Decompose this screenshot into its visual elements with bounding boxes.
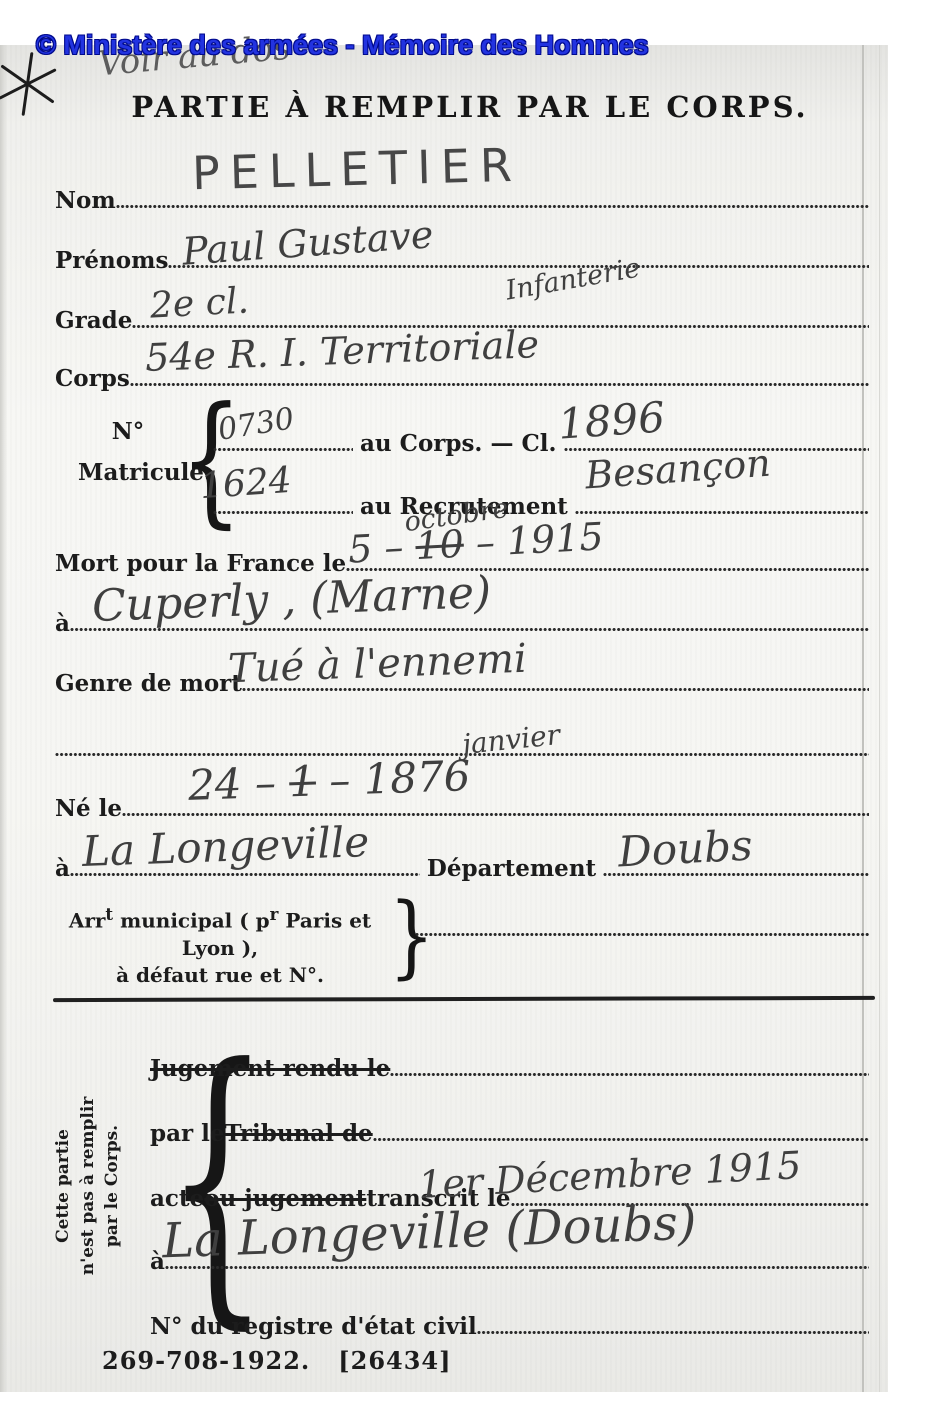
- dotted-line: [415, 932, 869, 937]
- birth-year: – 1876: [328, 751, 471, 805]
- side-note-line1: Cette partie: [51, 1052, 76, 1320]
- footer-bracket-number: [26434]: [338, 1346, 451, 1375]
- dotted-line: [213, 447, 353, 452]
- dotted-line: [477, 1330, 869, 1335]
- field-row-registre: N° du registre d'état civil: [150, 1304, 869, 1338]
- dotted-line: [116, 204, 869, 209]
- matricule-label: N° Matricule.: [78, 418, 178, 486]
- dotted-line: [165, 1265, 869, 1270]
- grade-label: Grade: [55, 309, 132, 332]
- side-note-line2: n'est pas à remplir: [76, 1052, 101, 1320]
- field-row-arrt: [415, 906, 869, 940]
- dotted-line: [122, 812, 869, 817]
- arrt-label: Arrt municipal ( pr Paris et Lyon ), à d…: [55, 903, 385, 989]
- corps-label: Corps: [55, 367, 130, 390]
- handwritten-star-icon: [4, 52, 50, 116]
- birth-day: 24 –: [187, 758, 276, 810]
- arrt-label-line2: à défaut rue et N°.: [55, 962, 385, 989]
- copyright-watermark: © Ministère des armées - Mémoire des Hom…: [36, 30, 649, 61]
- field-row-matricule-corps: au Corps. — Cl.: [213, 421, 869, 455]
- field-row-tribunal: par le Tribunal de: [150, 1111, 869, 1145]
- birth-place-value: La Longeville: [81, 821, 369, 873]
- ne-a-label: à: [55, 857, 70, 880]
- mort-le-label: Mort pour la France le: [55, 552, 346, 575]
- transcrit-p1: acte: [150, 1187, 204, 1210]
- birth-date-value: 24 – 1 – 1876: [187, 755, 471, 807]
- arrt-label-line1: Arrt municipal ( pr Paris et Lyon ),: [55, 903, 385, 962]
- dotted-line: [390, 1072, 869, 1077]
- departement-value: Doubs: [617, 825, 753, 874]
- side-note-line3: par le Corps.: [100, 1052, 125, 1320]
- genre-label: Genre de mort: [55, 672, 242, 695]
- dotted-line: [213, 510, 353, 515]
- paper-fold-line-2: [879, 45, 880, 1392]
- matricule-label-line1: N°: [78, 418, 178, 445]
- grade-value: 2e cl.: [149, 283, 250, 324]
- nom-label: Nom: [55, 189, 116, 212]
- classe-value: 1896: [557, 396, 667, 445]
- au-corps-label: au Corps. — Cl.: [353, 432, 564, 455]
- dotted-line: [575, 510, 869, 515]
- ne-le-label: Né le: [55, 797, 122, 820]
- scanned-death-record: Voir au dos © Ministère des armées - Mém…: [0, 0, 944, 1417]
- tribunal-label-struck: Tribunal de: [224, 1122, 372, 1145]
- field-row-matricule-recrutement: au Recrutement: [213, 484, 869, 518]
- form-title: PARTIE À REMPLIR PAR LE CORPS.: [110, 90, 830, 124]
- registre-label: N° du registre d'état civil: [150, 1315, 477, 1338]
- dotted-line: [373, 1137, 869, 1142]
- matricule-recrutement-value: 1624: [199, 463, 293, 505]
- matricule-label-line2: Matricule.: [78, 459, 178, 486]
- jugement-label-struck: Jugement rendu le: [150, 1057, 390, 1080]
- birth-month-struck: 1: [288, 756, 316, 806]
- footer-reference: 269-708-1922.[26434]: [102, 1346, 480, 1375]
- field-row-jugement: Jugement rendu le: [150, 1046, 869, 1080]
- death-day: 5 –: [347, 525, 404, 572]
- tribunal-prefix: par le: [150, 1122, 224, 1145]
- genre-value: Tué à l'ennemi: [227, 639, 527, 689]
- paper-left-edge: [0, 45, 7, 1392]
- field-row-prenoms: Prénoms: [55, 238, 869, 272]
- side-note-rotated: Cette partie n'est pas à remplir par le …: [51, 1052, 143, 1320]
- departement-label: Département: [420, 857, 603, 880]
- mort-a-label: à: [55, 612, 70, 635]
- prenoms-label: Prénoms: [55, 249, 168, 272]
- footer-ref-number: 269-708-1922.: [102, 1346, 310, 1375]
- nom-value: PELLETIER: [191, 142, 522, 197]
